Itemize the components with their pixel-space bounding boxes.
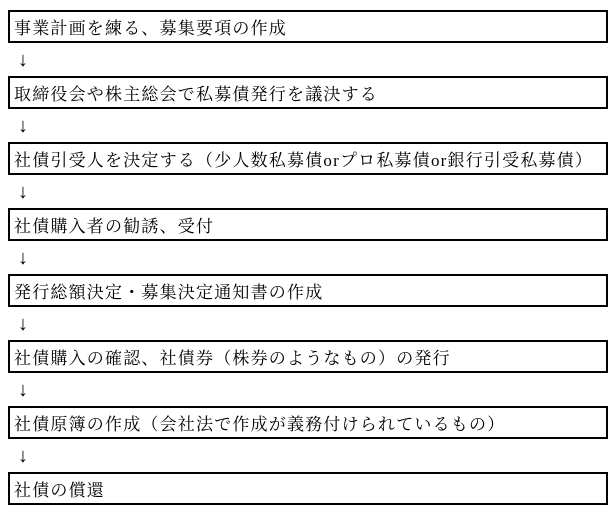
flow-step-business-plan: 事業計画を練る、募集要項の作成: [8, 10, 608, 43]
flow-step-label: 事業計画を練る、募集要項の作成: [14, 14, 287, 39]
down-arrow-icon: ↓: [18, 380, 28, 400]
down-arrow-icon: ↓: [18, 248, 28, 268]
flow-step-label: 社債の償還: [14, 476, 105, 501]
arrow-row: ↓: [8, 43, 608, 76]
down-arrow-icon: ↓: [18, 182, 28, 202]
flow-step-label: 取締役会や株主総会で私募債発行を議決する: [14, 80, 378, 105]
flow-step-label: 社債購入者の勧誘、受付: [14, 212, 214, 237]
flow-step-solicit-purchasers: 社債購入者の勧誘、受付: [8, 208, 608, 241]
flowchart-canvas: 事業計画を練る、募集要項の作成 ↓ 取締役会や株主総会で私募債発行を議決する ↓…: [0, 0, 614, 521]
flow-step-issue-amount-notice: 発行総額決定・募集決定通知書の作成: [8, 274, 608, 307]
flow-step-bond-redemption: 社債の償還: [8, 472, 608, 505]
arrow-row: ↓: [8, 175, 608, 208]
arrow-row: ↓: [8, 307, 608, 340]
flow-step-label: 発行総額決定・募集決定通知書の作成: [14, 278, 323, 303]
flow-step-board-resolution: 取締役会や株主総会で私募債発行を議決する: [8, 76, 608, 109]
arrow-row: ↓: [8, 241, 608, 274]
arrow-row: ↓: [8, 109, 608, 142]
down-arrow-icon: ↓: [18, 314, 28, 334]
flow-step-create-bond-register: 社債原簿の作成（会社法で作成が義務付けられているもの）: [8, 406, 608, 439]
down-arrow-icon: ↓: [18, 50, 28, 70]
flow-step-decide-underwriter: 社債引受人を決定する（少人数私募債orプロ私募債or銀行引受私募債）: [8, 142, 608, 175]
arrow-row: ↓: [8, 439, 608, 472]
down-arrow-icon: ↓: [18, 446, 28, 466]
down-arrow-icon: ↓: [18, 116, 28, 136]
flow-step-label: 社債購入の確認、社債券（株券のようなもの）の発行: [14, 344, 451, 369]
flow-step-confirm-purchase-issue-certificates: 社債購入の確認、社債券（株券のようなもの）の発行: [8, 340, 608, 373]
flow-step-label: 社債引受人を決定する（少人数私募債orプロ私募債or銀行引受私募債）: [14, 146, 593, 171]
flow-step-label: 社債原簿の作成（会社法で作成が義務付けられているもの）: [14, 410, 505, 435]
arrow-row: ↓: [8, 373, 608, 406]
